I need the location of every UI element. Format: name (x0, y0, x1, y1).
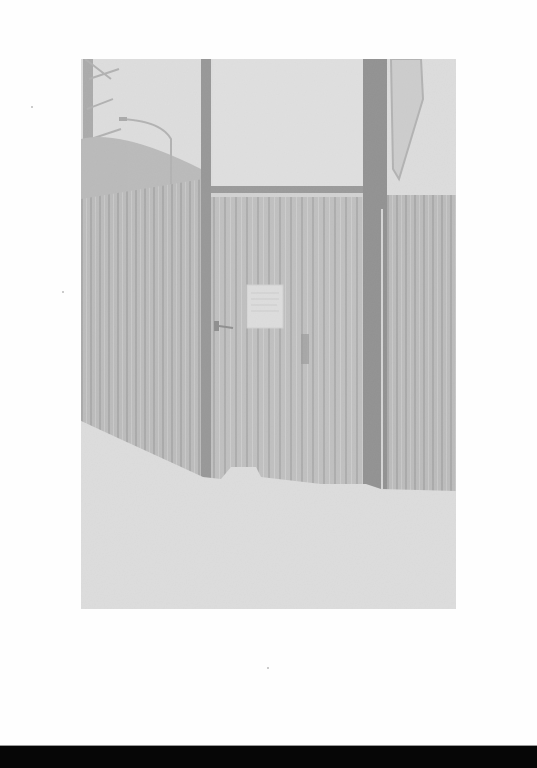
scan-speck (267, 667, 269, 669)
scan-speck (62, 291, 64, 293)
fence-gate-photo (81, 59, 456, 609)
scanned-page (0, 0, 537, 745)
scan-speck (31, 106, 33, 108)
scanner-bottom-edge (0, 745, 537, 768)
